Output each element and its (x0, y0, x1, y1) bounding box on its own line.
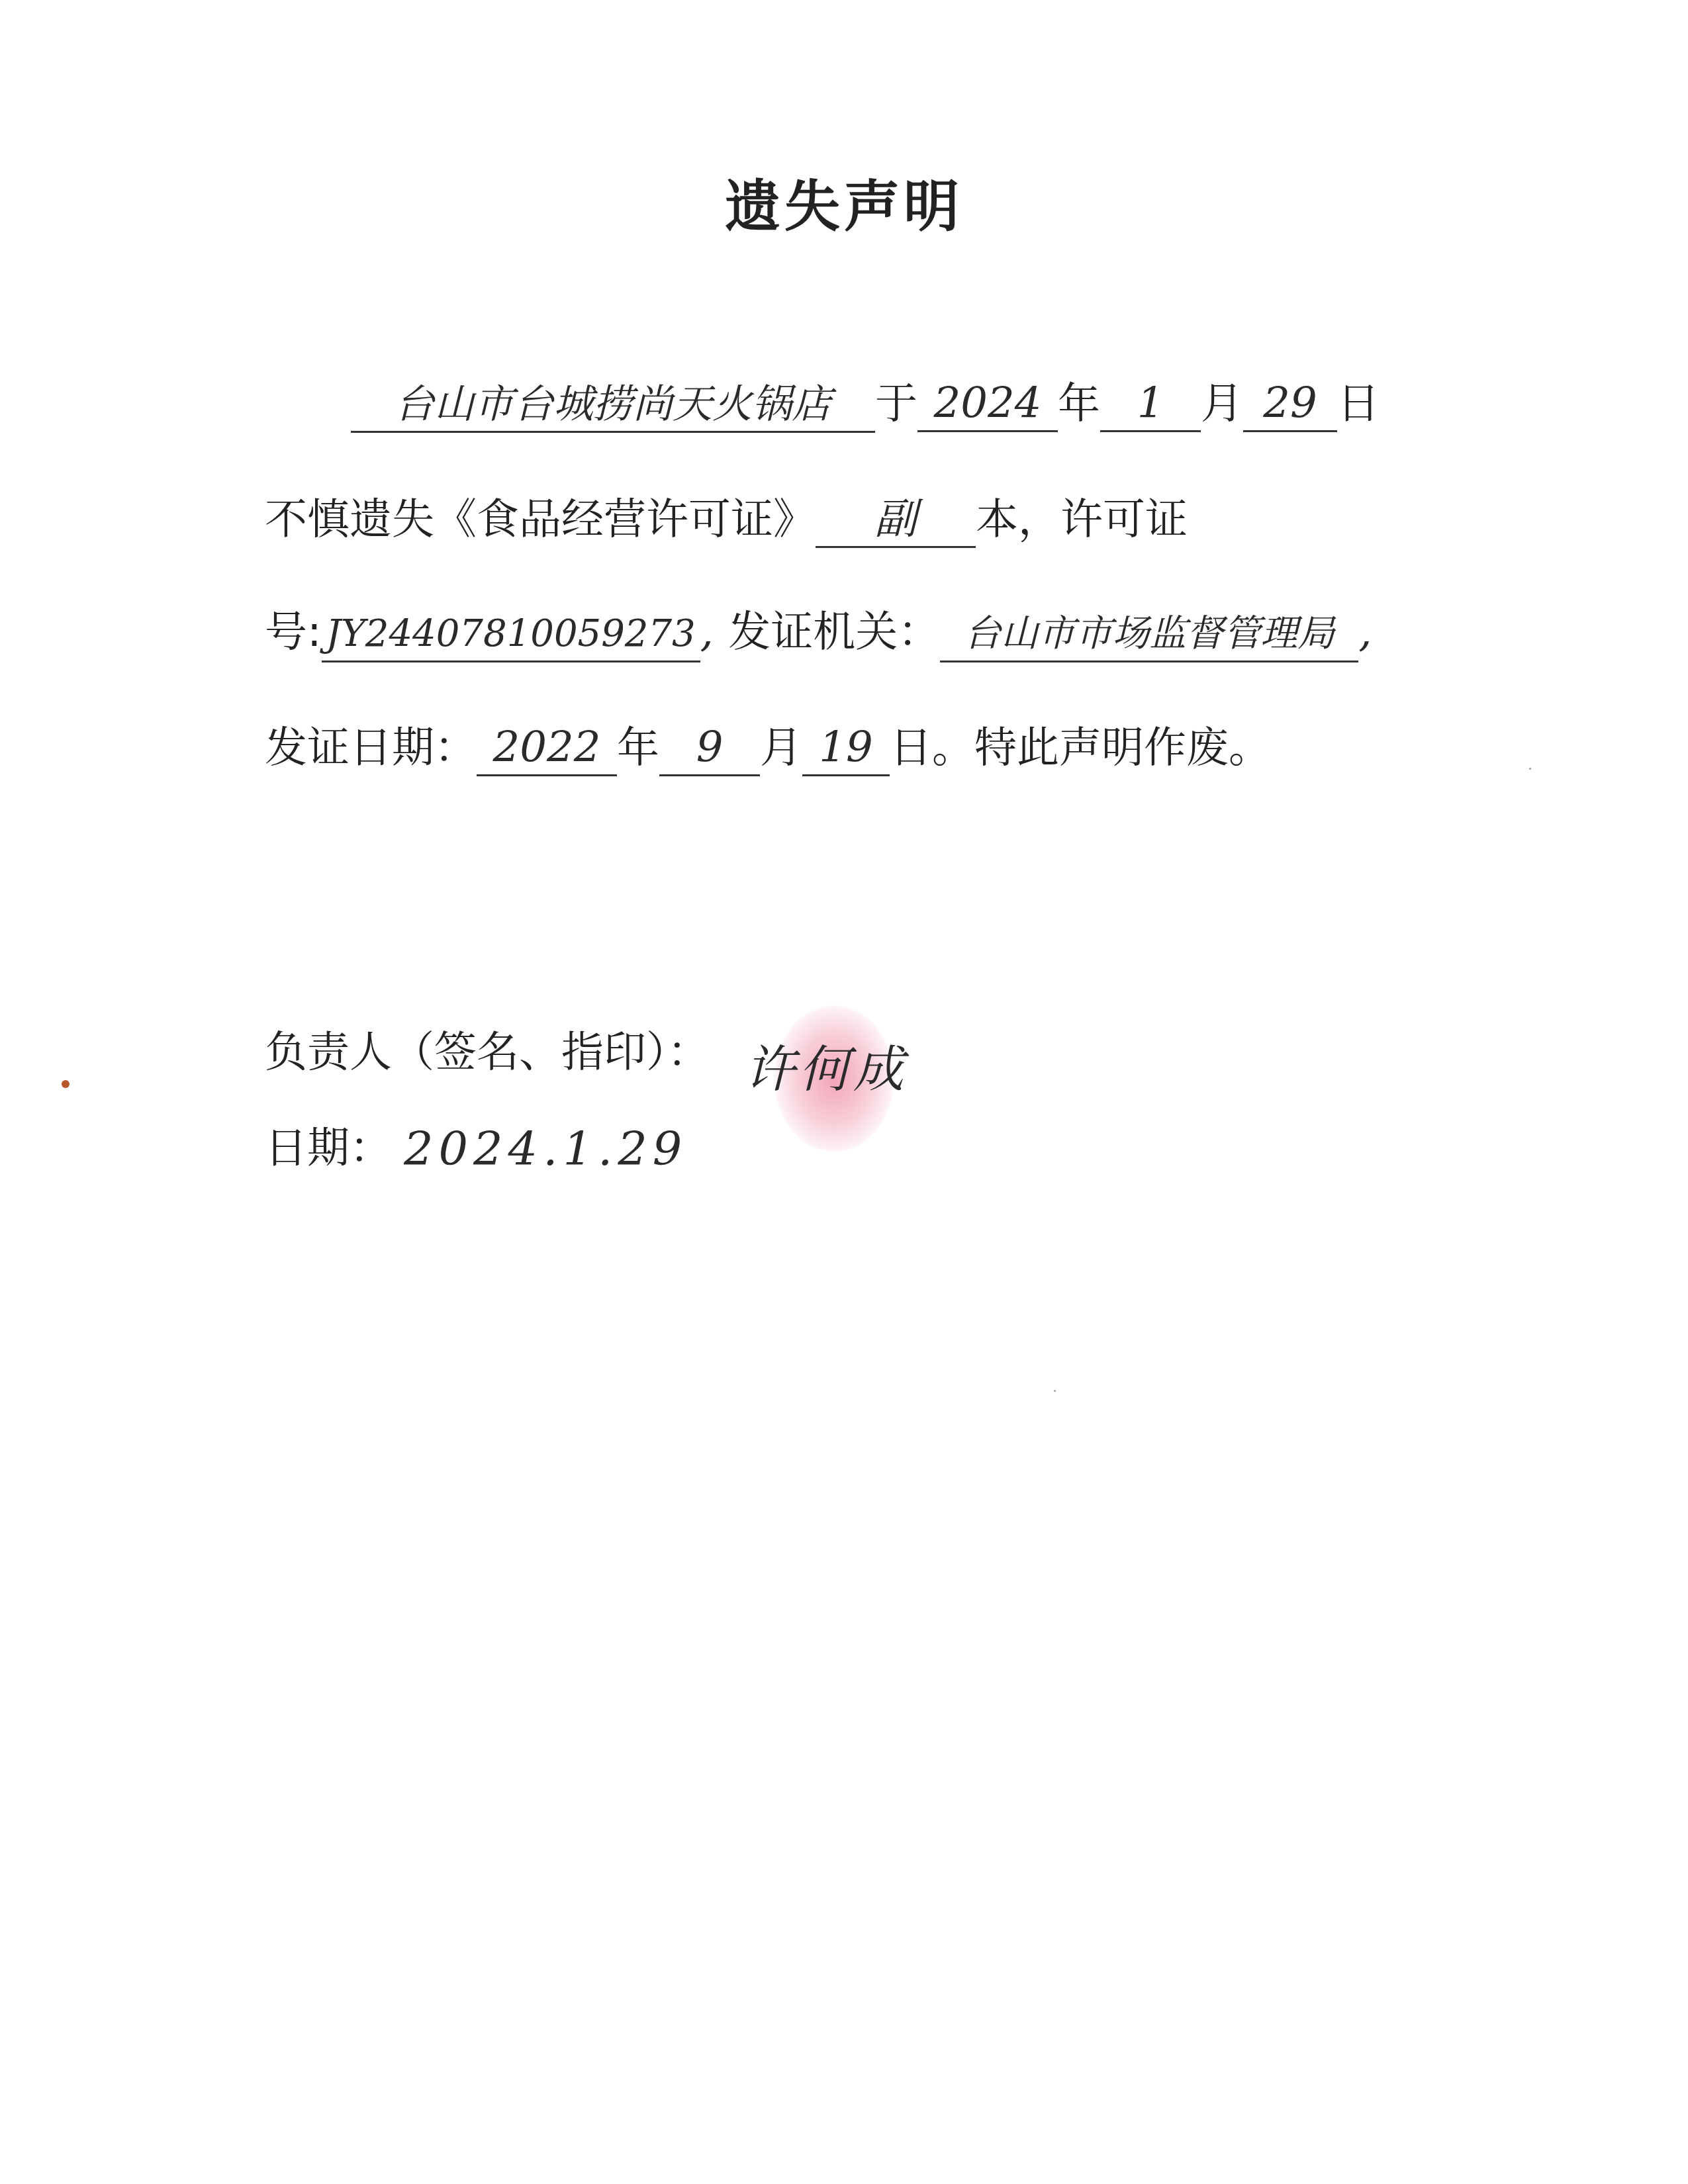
scan-dot (1054, 1390, 1056, 1392)
copy-type-field: 副 (816, 493, 976, 548)
lost-year-field: 2024 (917, 377, 1058, 432)
scan-dot (1529, 768, 1531, 770)
statement-line-1: 台山市台城捞尚天火锅店于2024年1月29日 (265, 374, 1380, 433)
statement-line-3: 号:JY24407810059273, 发证机关：台山市市场监督管理局, (265, 602, 1374, 662)
responsible-signature: 许何成 (745, 1029, 908, 1101)
text-nian: 年 (1058, 379, 1100, 428)
signature-date-label: 日期： (265, 1118, 392, 1178)
text-yue: 月 (1201, 379, 1243, 428)
statement-line-2: 不慎遗失《食品经营许可证》副本，许可证 (265, 490, 1188, 549)
issue-day-field: 19 (802, 721, 890, 776)
declaration-text: 日。特此声明作废。 (890, 723, 1271, 772)
text-copy-license: 本，许可证 (976, 495, 1188, 544)
lost-license-text: 不慎遗失《食品经营许可证》 (265, 495, 816, 544)
license-number-field: JY24407810059273 (322, 608, 700, 662)
issue-date-label: 发证日期： (265, 723, 477, 772)
text-nian: 年 (617, 723, 659, 772)
signature-date-value: 2024.1.29 (404, 1122, 687, 1176)
text-hao: 号: (265, 608, 322, 657)
issuing-authority-label: 发证机关： (728, 608, 940, 657)
issue-year-field: 2022 (477, 721, 617, 776)
text-yue: 月 (760, 723, 802, 772)
responsible-person-label: 负责人（签名、指印）： (265, 1023, 710, 1082)
comma: , (1358, 608, 1373, 657)
scan-speck (62, 1080, 70, 1088)
issue-month-field: 9 (659, 721, 760, 776)
comma: , (700, 608, 715, 657)
lost-month-field: 1 (1100, 377, 1201, 432)
document-title: 遗失声明 (0, 162, 1688, 242)
statement-line-4: 发证日期：2022年9月19日。特此声明作废。 (265, 718, 1271, 778)
text-ri: 日 (1337, 379, 1380, 428)
lost-day-field: 29 (1243, 377, 1337, 432)
text-yu: 于 (875, 379, 917, 428)
issuing-authority-field: 台山市市场监督管理局 (940, 608, 1358, 662)
company-name-field: 台山市台城捞尚天火锅店 (351, 378, 875, 433)
